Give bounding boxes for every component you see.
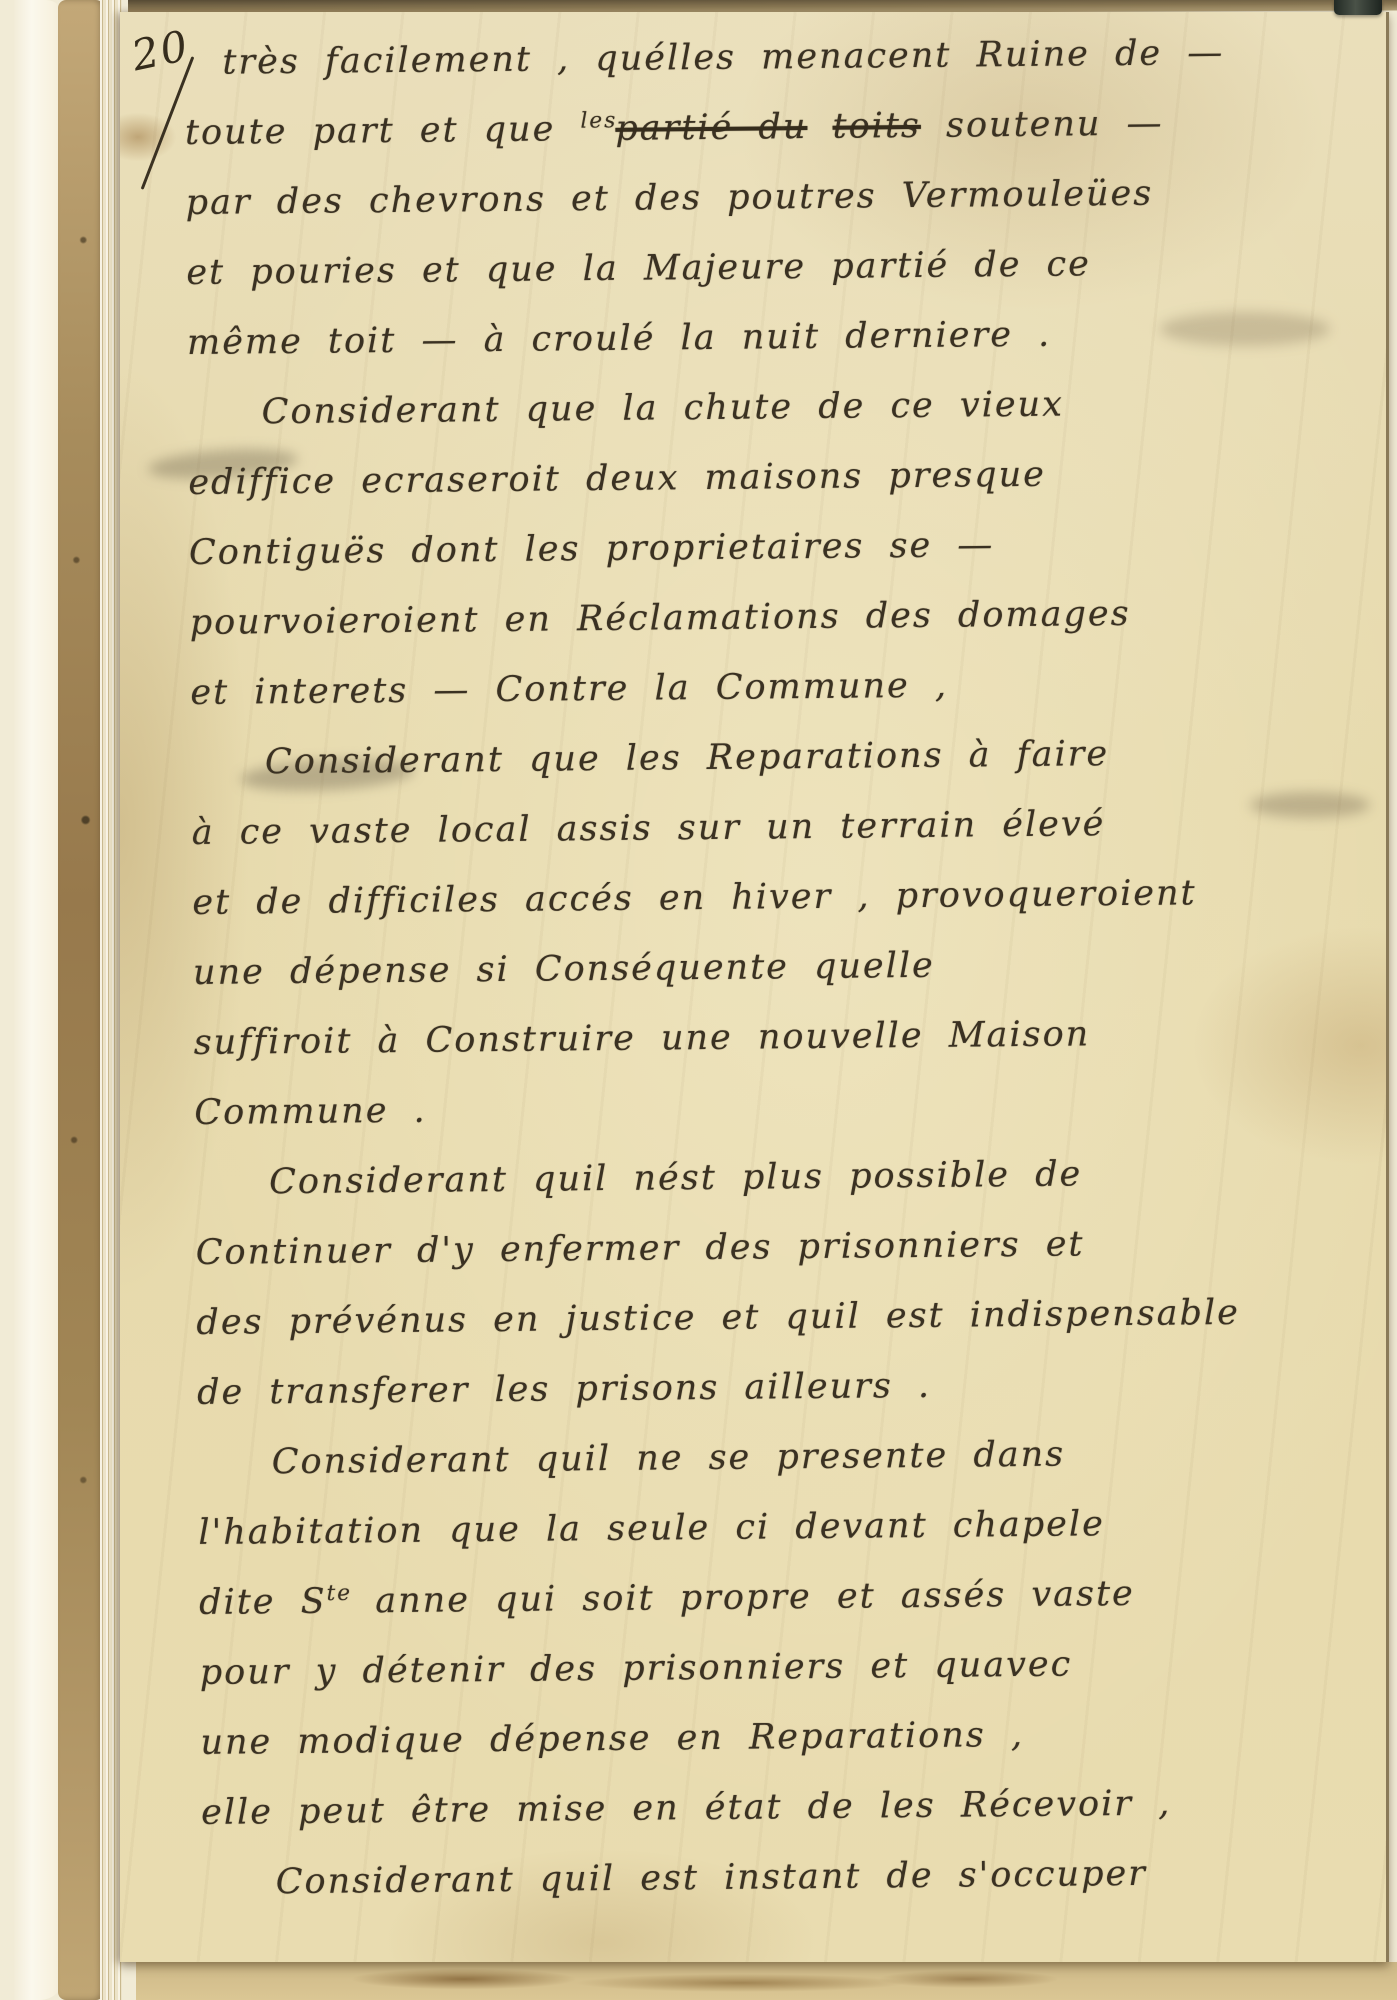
manuscript-text-segment: une dépense si Conséquente quelle bbox=[193, 946, 935, 993]
manuscript-text-segment: pour y détenir des prisonniers et quavec bbox=[200, 1645, 1073, 1693]
manuscript-line: à ce vaste local assis sur un terrain él… bbox=[191, 787, 1382, 868]
manuscript-line: par des chevrons et des poutres Vermoule… bbox=[185, 157, 1376, 238]
manuscript-text-segment: de transferer les prisons ailleurs . bbox=[197, 1366, 931, 1413]
manuscript-line: Commune . bbox=[194, 1067, 1385, 1148]
manuscript-line: Considerant que les Reparations à faire bbox=[191, 717, 1382, 798]
manuscript-text-segment: à ce vaste local assis sur un terrain él… bbox=[192, 804, 1106, 853]
manuscript-text-segment: et pouries et que la Majeure partié de c… bbox=[186, 244, 1091, 293]
manuscript-line: et interets — Contre la Commune , bbox=[190, 647, 1381, 728]
manuscript-line: pourvoieroient en Réclamations des domag… bbox=[189, 577, 1380, 658]
manuscript-line: Considerant quil ne se presente dans bbox=[197, 1417, 1388, 1498]
manuscript-text-segment: suffiroit à Construire une nouvelle Mais… bbox=[194, 1014, 1091, 1063]
manuscript-line: une modique dépense en Reparations , bbox=[200, 1696, 1391, 1777]
manuscript-text-segment: Commune . bbox=[194, 1091, 427, 1133]
manuscript-text-segment: Considerant que les Reparations à faire bbox=[265, 734, 1109, 782]
manuscript-text-segment: soutenu — bbox=[921, 104, 1164, 146]
manuscript-lines: très facilement , quélles menacent Ruine… bbox=[184, 17, 1392, 1918]
manuscript-text-segment bbox=[807, 107, 833, 147]
manuscript-text-segment: anne qui soit propre et assés vaste bbox=[350, 1574, 1135, 1622]
manuscript-text-segment: pourvoieroient en Réclamations des domag… bbox=[190, 594, 1131, 643]
manuscript-line: très facilement , quélles menacent Ruine… bbox=[184, 17, 1375, 98]
manuscript-text-segment: des prévénus en justice et quil est indi… bbox=[196, 1293, 1240, 1343]
manuscript-line: même toit — à croulé la nuit derniere . bbox=[187, 297, 1378, 378]
manuscript-text-segment: Considerant quil ne se presente dans bbox=[272, 1435, 1066, 1483]
manuscript-text-segment: Considerant quil nést plus possible de bbox=[269, 1154, 1083, 1202]
manuscript-text-segment: et interets — Contre la Commune , bbox=[190, 666, 948, 713]
manuscript-text-segment: Continuer d'y enfermer des prisonniers e… bbox=[196, 1224, 1085, 1273]
manuscript-text-segment: une modique dépense en Reparations , bbox=[200, 1715, 1024, 1763]
manuscript-text-segment: par des chevrons et des poutres Vermoule… bbox=[185, 174, 1153, 223]
manuscript-scan: 20 très facilement , quélles menacent Ru… bbox=[0, 0, 1397, 2000]
manuscript-line: Considerant que la chute de ce vieux bbox=[187, 367, 1378, 448]
manuscript-line: toute part et que lespartié du toits sou… bbox=[185, 87, 1376, 168]
manuscript-text-segment: et de difficiles accés en hiver , provoq… bbox=[192, 873, 1197, 923]
manuscript-line: ediffice ecraseroit deux maisons presque bbox=[188, 437, 1379, 518]
manuscript-text-segment: même toit — à croulé la nuit derniere . bbox=[187, 315, 1052, 363]
manuscript-text-segment: Considerant quil est instant de s'occupe… bbox=[276, 1854, 1148, 1902]
manuscript-line: une dépense si Conséquente quelle bbox=[193, 927, 1384, 1008]
manuscript-line: et pouries et que la Majeure partié de c… bbox=[186, 227, 1377, 308]
manuscript-text-segment: partié du bbox=[615, 107, 807, 149]
manuscript-text-segment: Contiguës dont les proprietaires se — bbox=[189, 525, 995, 573]
manuscript-text-segment: très facilement , quélles menacent Ruine… bbox=[222, 33, 1224, 83]
manuscript-page: 20 très facilement , quélles menacent Ru… bbox=[120, 12, 1389, 1962]
manuscript-line: Contiguës dont les proprietaires se — bbox=[189, 507, 1380, 588]
manuscript-text-segment: l'habitation que la seule ci devant chap… bbox=[198, 1504, 1105, 1553]
manuscript-line: dite Ste anne qui soit propre et assés v… bbox=[199, 1557, 1390, 1638]
page-stack-edges bbox=[100, 0, 122, 2000]
manuscript-line: suffiroit à Construire une nouvelle Mais… bbox=[193, 997, 1384, 1078]
torn-page-edge bbox=[14, 0, 64, 2000]
manuscript-text-segment: elle peut être mise en état de les Récev… bbox=[201, 1784, 1172, 1833]
under-sheet-edge bbox=[136, 1962, 1397, 2000]
manuscript-line: de transferer les prisons ailleurs . bbox=[197, 1347, 1388, 1428]
manuscript-line: et de difficiles accés en hiver , provoq… bbox=[192, 857, 1383, 938]
manuscript-text-segment: les bbox=[580, 86, 618, 156]
manuscript-line: Considerant quil nést plus possible de bbox=[195, 1137, 1386, 1218]
manuscript-text-segment: ediffice ecraseroit deux maisons presque bbox=[188, 455, 1046, 503]
manuscript-text-segment: te bbox=[326, 1559, 352, 1629]
manuscript-line: des prévénus en justice et quil est indi… bbox=[196, 1277, 1387, 1358]
manuscript-text-segment: toute part et que bbox=[185, 109, 581, 153]
manuscript-line: elle peut être mise en état de les Récev… bbox=[201, 1766, 1392, 1847]
manuscript-line: Considerant quil est instant de s'occupe… bbox=[201, 1836, 1392, 1917]
binding-stained-edge bbox=[58, 0, 104, 2000]
manuscript-text-segment: toits bbox=[832, 106, 921, 147]
manuscript-text-segment: Considerant que la chute de ce vieux bbox=[262, 385, 1065, 433]
manuscript-line: Continuer d'y enfermer des prisonniers e… bbox=[195, 1207, 1386, 1288]
manuscript-line: l'habitation que la seule ci devant chap… bbox=[198, 1487, 1389, 1568]
binding-clip bbox=[1334, 0, 1382, 15]
manuscript-text-segment: dite S bbox=[199, 1582, 327, 1623]
manuscript-line: pour y détenir des prisonniers et quavec bbox=[199, 1627, 1390, 1708]
